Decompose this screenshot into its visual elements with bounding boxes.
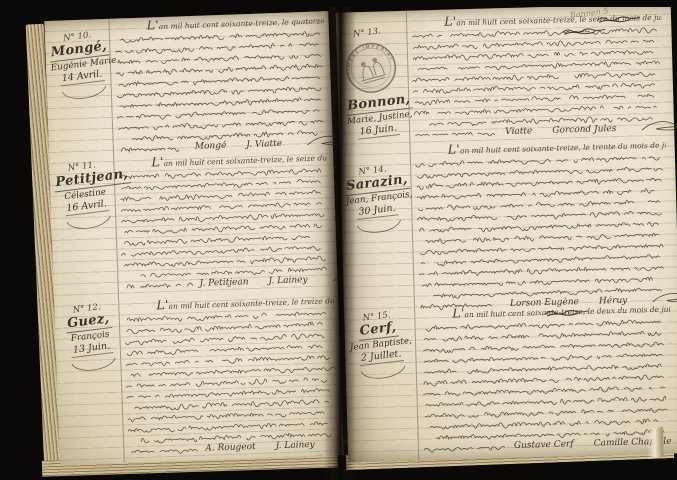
handwriting-line bbox=[127, 443, 199, 459]
right-page: Bonnen 5 N° 13. TIMBRE IMPÉRIAL Bonnon, … bbox=[336, 3, 677, 462]
margin-entry-15: N° 15. Cerf, Jean Baptiste, 2 Juillet. bbox=[346, 308, 414, 385]
entry-body-12: L'an mil huit cent soixante-treize, le t… bbox=[122, 295, 334, 302]
left-page: N° 10. Mongé, Eugénie Marie 14 Avril. N°… bbox=[44, 11, 343, 465]
handwriting-line bbox=[121, 278, 193, 294]
book-gutter bbox=[324, 0, 356, 480]
entry-body-14: L'an mil huit cent soixante-treize, le t… bbox=[414, 140, 666, 147]
photo-background-edge bbox=[0, 0, 677, 7]
handwriting-line bbox=[422, 440, 508, 455]
margin-entry-10: N° 10. Mongé, Eugénie Marie 14 Avril. bbox=[47, 28, 115, 106]
entry-body-13: L'an mil huit cent soixante-treize, le s… bbox=[410, 12, 662, 19]
correction-strikethrough bbox=[561, 24, 607, 37]
handwriting-line bbox=[117, 141, 189, 157]
correction-strikethrough bbox=[544, 306, 590, 319]
margin-flourish-icon bbox=[351, 216, 407, 239]
entry-body-10: L'an mil huit cent soixante-treize, le q… bbox=[112, 15, 324, 22]
handwriting-line bbox=[413, 126, 499, 141]
margin-entry-11: N° 11. Petitjean, Célestine 16 Avril. bbox=[51, 158, 119, 236]
margin-entry-12: N° 12. Guez, François 13 Juin. bbox=[56, 300, 124, 378]
margin-flourish-icon bbox=[355, 362, 411, 385]
register-book-scan: N° 10. Mongé, Eugénie Marie 14 Avril. N°… bbox=[0, 0, 677, 480]
